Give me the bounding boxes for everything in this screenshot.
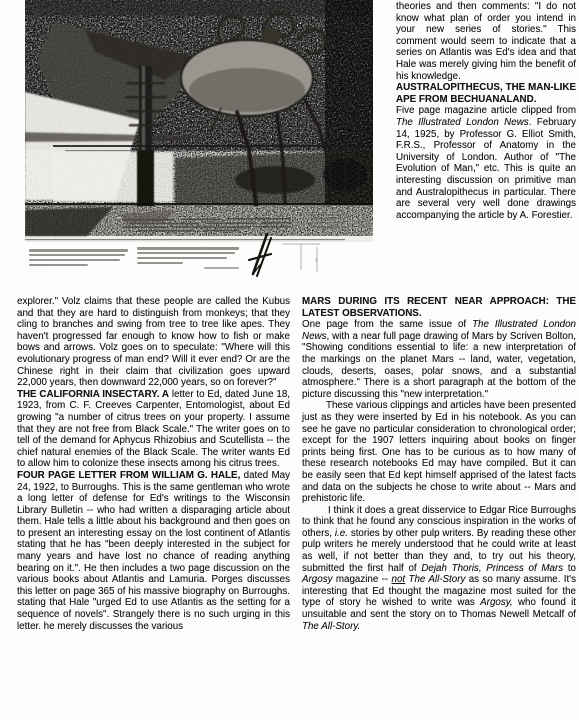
paragraph-clippings-summary: These various clippings and articles hav… xyxy=(302,400,576,504)
heading-australopithecus: AUSTRALOPITHECUS, THE MAN-LIKE APE FROM … xyxy=(396,82,576,105)
halftone-photo xyxy=(25,0,373,242)
pen-flourish-mark xyxy=(243,232,277,280)
halftone-photo-figure xyxy=(25,0,373,242)
bleed-through-lines xyxy=(280,242,326,276)
scanned-fanzine-page: { "colors": { "page_bg": "#fdfdfc", "ink… xyxy=(0,0,579,720)
paragraph-continuation: theories and then comments: "I do not kn… xyxy=(396,1,576,82)
lower-left-column: explorer." Volz claims that these people… xyxy=(17,296,290,632)
caption-line xyxy=(137,247,239,250)
paragraph-disservice: I think it does a great disservice to Ed… xyxy=(302,505,576,633)
scan-scribble-mark xyxy=(30,3,72,17)
paragraph-mars-observations: One page from the same issue of The Illu… xyxy=(302,319,576,400)
paragraph-explorer-kubus: explorer." Volz claims that these people… xyxy=(17,296,290,389)
caption-line xyxy=(29,249,128,252)
caption-line xyxy=(137,252,235,255)
lower-right-column: MARS DURING ITS RECENT NEAR APPROACH: TH… xyxy=(302,296,576,632)
caption-line xyxy=(137,257,227,260)
top-right-column: theories and then comments: "I do not kn… xyxy=(396,1,576,221)
paragraph-california-insectary: THE CALIFORNIA INSECTARY. A letter to Ed… xyxy=(17,389,290,470)
caption-signature-line xyxy=(204,267,239,269)
paragraph-australopithecus: Five page magazine article clipped from … xyxy=(396,105,576,221)
caption-line xyxy=(29,254,125,257)
caption-line xyxy=(29,259,120,262)
photo-caption-left xyxy=(29,249,128,269)
paragraph-hale-letter: FOUR PAGE LETTER FROM WILLIAM G. HALE, d… xyxy=(17,470,290,632)
heading-mars-observations: MARS DURING ITS RECENT NEAR APPROACH: TH… xyxy=(302,296,576,319)
caption-line xyxy=(137,262,183,265)
photo-caption-right xyxy=(137,247,239,269)
caption-line xyxy=(29,264,88,267)
